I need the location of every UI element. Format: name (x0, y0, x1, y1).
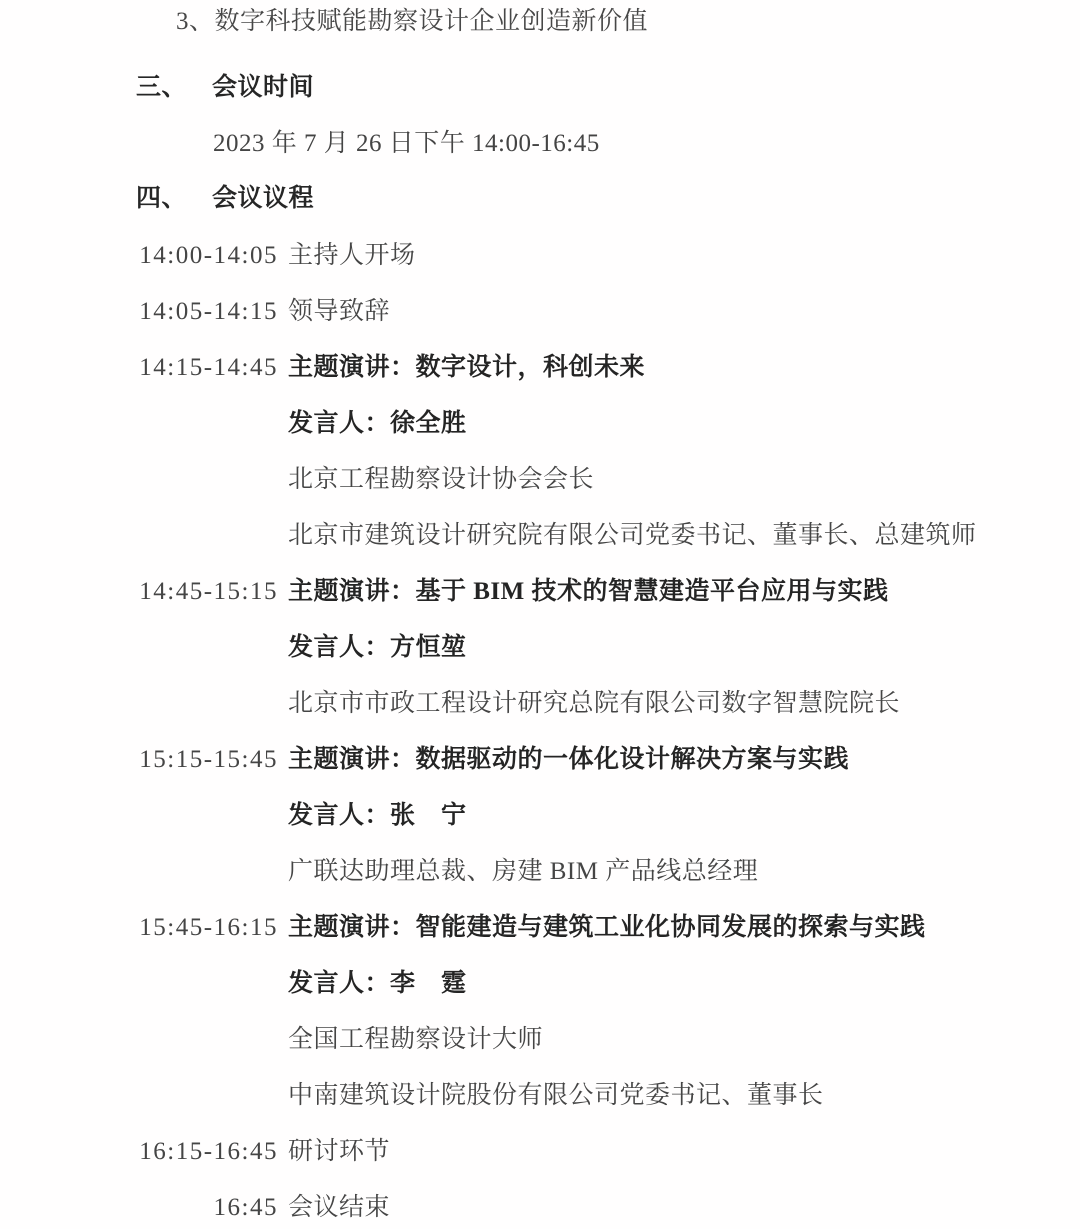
agenda-row: 16:15-16:45研讨环节 (0, 1136, 1080, 1168)
agenda-row: 全国工程勘察设计大师 (0, 1024, 1080, 1056)
agenda-row: 北京工程勘察设计协会会长 (0, 464, 1080, 496)
agenda-time: 14:45-15:15 (133, 576, 278, 608)
agenda-time: 14:05-14:15 (133, 296, 278, 328)
agenda-time: 16:45 (133, 1192, 278, 1224)
agenda-row: 北京市建筑设计研究院有限公司党委书记、董事长、总建筑师 (0, 520, 1080, 552)
agenda-row: 发言人：徐全胜 (0, 408, 1080, 440)
section-number: 三、 (136, 72, 212, 104)
agenda-text: 发言人：方恒堃 (288, 634, 467, 661)
topic-item-3: 3、数字科技赋能勘察设计企业创造新价值 (0, 0, 1080, 38)
agenda-text: 发言人：徐全胜 (288, 410, 467, 437)
agenda-text: 主题演讲：智能建造与建筑工业化协同发展的探索与实践 (288, 914, 926, 941)
agenda-row: 发言人：方恒堃 (0, 632, 1080, 664)
agenda-row: 14:45-15:15主题演讲：基于 BIM 技术的智慧建造平台应用与实践 (0, 576, 1080, 608)
agenda-row: 16:45会议结束 (0, 1192, 1080, 1224)
agenda-text: 领导致辞 (288, 298, 390, 325)
agenda-row: 14:15-14:45主题演讲：数字设计，科创未来 (0, 352, 1080, 384)
agenda-row: 发言人：张 宁 (0, 800, 1080, 832)
section-title: 会议议程 (212, 185, 314, 212)
agenda-text: 北京市市政工程设计研究总院有限公司数字智慧院院长 (288, 690, 900, 717)
agenda-row: 15:45-16:15主题演讲：智能建造与建筑工业化协同发展的探索与实践 (0, 912, 1080, 944)
agenda-text: 会议结束 (288, 1194, 390, 1221)
agenda-time: 15:45-16:15 (133, 912, 278, 944)
meeting-time-value: 2023 年 7 月 26 日下午 14:00-16:45 (0, 128, 1080, 160)
agenda-text: 中南建筑设计院股份有限公司党委书记、董事长 (288, 1082, 824, 1109)
agenda-row: 14:00-14:05主持人开场 (0, 240, 1080, 272)
agenda-text: 北京市建筑设计研究院有限公司党委书记、董事长、总建筑师 (288, 522, 977, 549)
agenda-row: 14:05-14:15领导致辞 (0, 296, 1080, 328)
agenda-text: 北京工程勘察设计协会会长 (288, 466, 594, 493)
agenda-time: 16:15-16:45 (133, 1136, 278, 1168)
agenda-row: 北京市市政工程设计研究总院有限公司数字智慧院院长 (0, 688, 1080, 720)
agenda-list: 14:00-14:05主持人开场14:05-14:15领导致辞14:15-14:… (0, 240, 1080, 1224)
agenda-text: 发言人：张 宁 (288, 802, 467, 829)
agenda-time: 15:15-15:45 (133, 744, 278, 776)
agenda-text: 主题演讲：基于 BIM 技术的智慧建造平台应用与实践 (288, 578, 889, 605)
agenda-row: 中南建筑设计院股份有限公司党委书记、董事长 (0, 1080, 1080, 1112)
agenda-text: 全国工程勘察设计大师 (288, 1026, 543, 1053)
agenda-text: 主持人开场 (288, 242, 416, 269)
agenda-time: 14:00-14:05 (133, 240, 278, 272)
agenda-text: 主题演讲：数字设计，科创未来 (288, 354, 645, 381)
agenda-text: 主题演讲：数据驱动的一体化设计解决方案与实践 (288, 746, 849, 773)
section-heading-agenda: 四、会议议程 (0, 183, 1080, 215)
section-title: 会议时间 (212, 74, 314, 101)
agenda-row: 15:15-15:45主题演讲：数据驱动的一体化设计解决方案与实践 (0, 744, 1080, 776)
agenda-time: 14:15-14:45 (133, 352, 278, 384)
agenda-row: 广联达助理总裁、房建 BIM 产品线总经理 (0, 856, 1080, 888)
agenda-text: 广联达助理总裁、房建 BIM 产品线总经理 (288, 858, 758, 885)
agenda-row: 发言人：李 霆 (0, 968, 1080, 1000)
section-number: 四、 (136, 183, 212, 215)
document-page: 3、数字科技赋能勘察设计企业创造新价值 三、会议时间 2023 年 7 月 26… (0, 0, 1080, 1229)
agenda-text: 研讨环节 (288, 1138, 390, 1165)
agenda-text: 发言人：李 霆 (288, 970, 467, 997)
section-heading-meeting-time: 三、会议时间 (0, 72, 1080, 104)
